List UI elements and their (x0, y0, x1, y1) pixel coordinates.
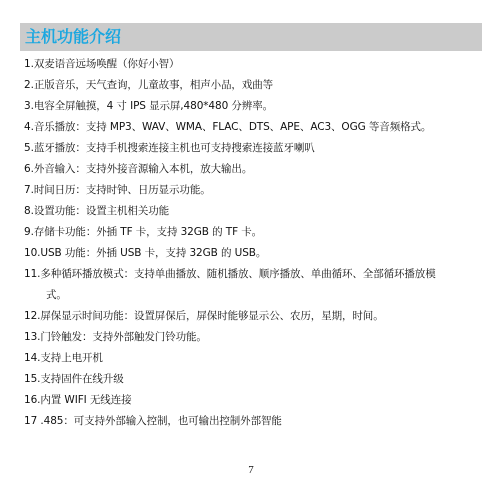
feature-item-2: 2.正版音乐，天气查询，儿童故事，相声小品，戏曲等 (24, 75, 484, 96)
feature-item-11-continuation: 式。 (24, 285, 484, 306)
feature-item-3: 3.电容全屏触摸，4 寸 IPS 显示屏,480*480 分辨率。 (24, 96, 484, 117)
feature-item-1: 1.双麦语音远场唤醒（你好小智） (24, 54, 484, 75)
feature-item-4: 4.音乐播放：支持 MP3、WAV、WMA、FLAC、DTS、APE、AC3、O… (24, 117, 484, 138)
feature-item-8: 8.设置功能：设置主机相关功能 (24, 201, 484, 222)
feature-item-16: 16.内置 WIFI 无线连接 (24, 390, 484, 411)
feature-item-5: 5.蓝牙播放：支持手机搜索连接主机也可支持搜索连接蓝牙喇叭 (24, 138, 484, 159)
feature-item-7: 7.时间日历：支持时钟、日历显示功能。 (24, 180, 484, 201)
page-number: 7 (0, 463, 502, 477)
feature-item-15: 15.支持固件在线升级 (24, 369, 484, 390)
feature-item-17: 17 .485：可支持外部输入控制，也可输出控制外部智能 (24, 411, 484, 432)
feature-item-11: 11.多种循环播放模式：支持单曲播放、随机播放、顺序播放、单曲循环、全部循环播放… (24, 264, 484, 306)
feature-item-9: 9.存储卡功能：外插 TF 卡，支持 32GB 的 TF 卡。 (24, 222, 484, 243)
feature-item-12: 12.屏保显示时间功能：设置屏保后，屏保时能够显示公、农历，星期，时间。 (24, 306, 484, 327)
feature-item-13: 13.门铃触发：支持外部触发门铃功能。 (24, 327, 484, 348)
feature-item-6: 6.外音输入：支持外接音源输入本机，放大输出。 (24, 159, 484, 180)
feature-item-10: 10.USB 功能：外插 USB 卡，支持 32GB 的 USB。 (24, 243, 484, 264)
feature-item-14: 14.支持上电开机 (24, 348, 484, 369)
feature-list: 1.双麦语音远场唤醒（你好小智） 2.正版音乐，天气查询，儿童故事，相声小品，戏… (24, 54, 484, 432)
section-title: 主机功能介绍 (25, 26, 121, 48)
section-header-bar: 主机功能介绍 (20, 23, 482, 51)
feature-item-11-text: 11.多种循环播放模式：支持单曲播放、随机播放、顺序播放、单曲循环、全部循环播放… (24, 268, 436, 280)
